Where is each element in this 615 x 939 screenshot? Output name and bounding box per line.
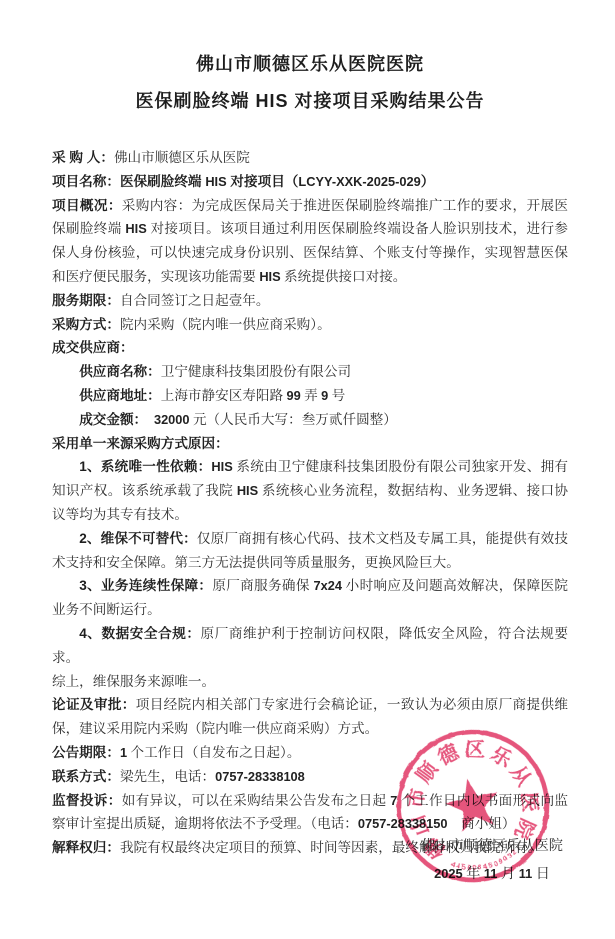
body-text: 月 bbox=[497, 866, 518, 882]
label-text: 采用单一来源采购方式原因： bbox=[52, 436, 229, 451]
label-text: 1、系统唯一性依赖： bbox=[79, 459, 211, 474]
document-content: 佛山市顺德区乐从医院医院 医保刷脸终端 HIS 对接项目采购结果公告 采 购 人… bbox=[52, 46, 568, 860]
label-text: 医保刷脸终端 bbox=[120, 174, 205, 189]
body-text: 年 bbox=[463, 866, 484, 882]
label-text: 供应商地址： bbox=[79, 388, 161, 403]
body-text: 元（人民币大写：叁万贰仟圆整） bbox=[190, 412, 397, 427]
paragraph: 3、业务连续性保障：原厂商服务确保 7x24 小时响应及问题高效解决，保障医院业… bbox=[52, 574, 568, 622]
body-text: 自合同签订之日起壹年。 bbox=[120, 293, 270, 308]
body-text bbox=[140, 412, 154, 427]
body-text: 系统提供接口对接。 bbox=[281, 269, 407, 284]
body-text: 佛山市顺德区乐从医院 bbox=[114, 150, 250, 165]
label-text: 采 购 人： bbox=[52, 150, 114, 165]
document-title: 佛山市顺德区乐从医院医院 医保刷脸终端 HIS 对接项目采购结果公告 bbox=[52, 46, 568, 120]
paragraph: 采 购 人：佛山市顺德区乐从医院 bbox=[52, 146, 568, 170]
paragraph: 采用单一来源采购方式原因： bbox=[52, 432, 568, 456]
label-text: HIS bbox=[205, 174, 226, 189]
label-text: 成交供应商： bbox=[52, 340, 134, 355]
number-text: HIS bbox=[211, 459, 232, 474]
body-text: 号 bbox=[328, 388, 345, 403]
label-text: 成交金额： bbox=[79, 412, 140, 427]
label-text: 论证及审批： bbox=[52, 697, 136, 712]
body-text: 如有异议，可以在采购结果公告发布之日起 bbox=[122, 793, 391, 808]
paragraph: 1、系统唯一性依赖：HIS 系统由卫宁健康科技集团股份有限公司独家开发、拥有知识… bbox=[52, 455, 568, 526]
number-text: 99 bbox=[287, 388, 301, 403]
body-text: 日 bbox=[532, 866, 550, 882]
body-text: 原厂商服务确保 bbox=[212, 578, 313, 593]
number-text: 7x24 bbox=[313, 578, 341, 593]
body-text: 院内采购（院内唯一供应商采购）。 bbox=[120, 317, 331, 332]
body-text: 梁先生，电话： bbox=[120, 769, 215, 784]
signature-date: 2025 年 11 月 11 日 bbox=[421, 860, 563, 888]
paragraph: 成交金额： 32000 元（人民币大写：叁万贰仟圆整） bbox=[52, 408, 568, 432]
document-page: 佛山市顺德区乐从医院医院 医保刷脸终端 HIS 对接项目采购结果公告 采 购 人… bbox=[0, 0, 615, 939]
body-text: 商小姐） bbox=[448, 816, 516, 831]
label-text: 2、维保不可替代： bbox=[79, 531, 197, 546]
label-text: 监督投诉： bbox=[52, 793, 122, 808]
paragraph: 公告期限：1 个工作日（自发布之日起）。 bbox=[52, 741, 568, 765]
paragraph: 2、维保不可替代：仅原厂商拥有核心代码、技术文档及专属工具，能提供有效技术支持和… bbox=[52, 527, 568, 575]
title-line-1: 佛山市顺德区乐从医院医院 bbox=[52, 46, 568, 83]
paragraph: 供应商地址：上海市静安区寿阳路 99 弄 9 号 bbox=[52, 384, 568, 408]
body-text: 弄 bbox=[301, 388, 321, 403]
label-text: 4、数据安全合规： bbox=[79, 626, 200, 641]
paragraph: 4、数据安全合规：原厂商维护利于控制访问权限，降低安全风险，符合法规要求。 bbox=[52, 622, 568, 670]
label-text: 联系方式： bbox=[52, 769, 120, 784]
number-text: 11 bbox=[519, 866, 533, 881]
paragraph: 服务期限：自合同签订之日起壹年。 bbox=[52, 289, 568, 313]
label-text: 采购方式： bbox=[52, 317, 120, 332]
body-text: 个工作日（自发布之日起）。 bbox=[127, 745, 300, 760]
paragraph: 监督投诉：如有异议，可以在采购结果公告发布之日起 7 个工作日内以书面形式向监察… bbox=[52, 789, 568, 837]
label-text: 供应商名称： bbox=[79, 364, 161, 379]
label-text: LCYY-XXK-2025-029 bbox=[298, 174, 420, 189]
number-text: 0757-28338108 bbox=[215, 769, 305, 784]
paragraph: 综上，维保服务来源唯一。 bbox=[52, 670, 568, 694]
number-text: 11 bbox=[484, 866, 498, 881]
number-text: HIS bbox=[125, 221, 146, 236]
label-text: 公告期限： bbox=[52, 745, 120, 760]
number-text: HIS bbox=[237, 483, 258, 498]
paragraph: 采购方式：院内采购（院内唯一供应商采购）。 bbox=[52, 313, 568, 337]
body-text: 综上，维保服务来源唯一。 bbox=[52, 674, 215, 689]
label-text: ） bbox=[421, 174, 435, 189]
label-text: 服务期限： bbox=[52, 293, 120, 308]
label-text: 项目名称： bbox=[52, 174, 120, 189]
paragraph: 论证及审批：项目经院内相关部门专家进行会稿论证，一致认为必须由原厂商提供维保，建… bbox=[52, 693, 568, 741]
paragraph: 供应商名称：卫宁健康科技集团股份有限公司 bbox=[52, 360, 568, 384]
title-line-2: 医保刷脸终端 HIS 对接项目采购结果公告 bbox=[52, 83, 568, 120]
body-text: 卫宁健康科技集团股份有限公司 bbox=[161, 364, 351, 379]
paragraph: 联系方式：梁先生，电话：0757-28338108 bbox=[52, 765, 568, 789]
label-text: 项目概况： bbox=[52, 198, 122, 213]
document-body: 采 购 人：佛山市顺德区乐从医院项目名称：医保刷脸终端 HIS 对接项目（LCY… bbox=[52, 146, 568, 860]
paragraph: 项目名称：医保刷脸终端 HIS 对接项目（LCYY-XXK-2025-029） bbox=[52, 170, 568, 194]
number-text: 0757-28338150 bbox=[358, 816, 448, 831]
signature-org: 佛山市顺德区乐从医院 bbox=[421, 833, 563, 860]
number-text: 2025 bbox=[434, 866, 462, 881]
paragraph: 成交供应商： bbox=[52, 336, 568, 360]
label-text: 3、业务连续性保障： bbox=[79, 578, 212, 593]
paragraph: 项目概况：采购内容：为完成医保局关于推进医保刷脸终端推广工作的要求，开展医保刷脸… bbox=[52, 194, 568, 289]
number-text: HIS bbox=[259, 269, 280, 284]
label-text: 对接项目（ bbox=[227, 174, 299, 189]
signature-block: 佛山市顺德区乐从医院 2025 年 11 月 11 日 bbox=[421, 833, 563, 888]
label-text: 解释权归： bbox=[52, 840, 120, 855]
body-text: 上海市静安区寿阳路 bbox=[161, 388, 287, 403]
number-text: 32000 bbox=[154, 412, 190, 427]
